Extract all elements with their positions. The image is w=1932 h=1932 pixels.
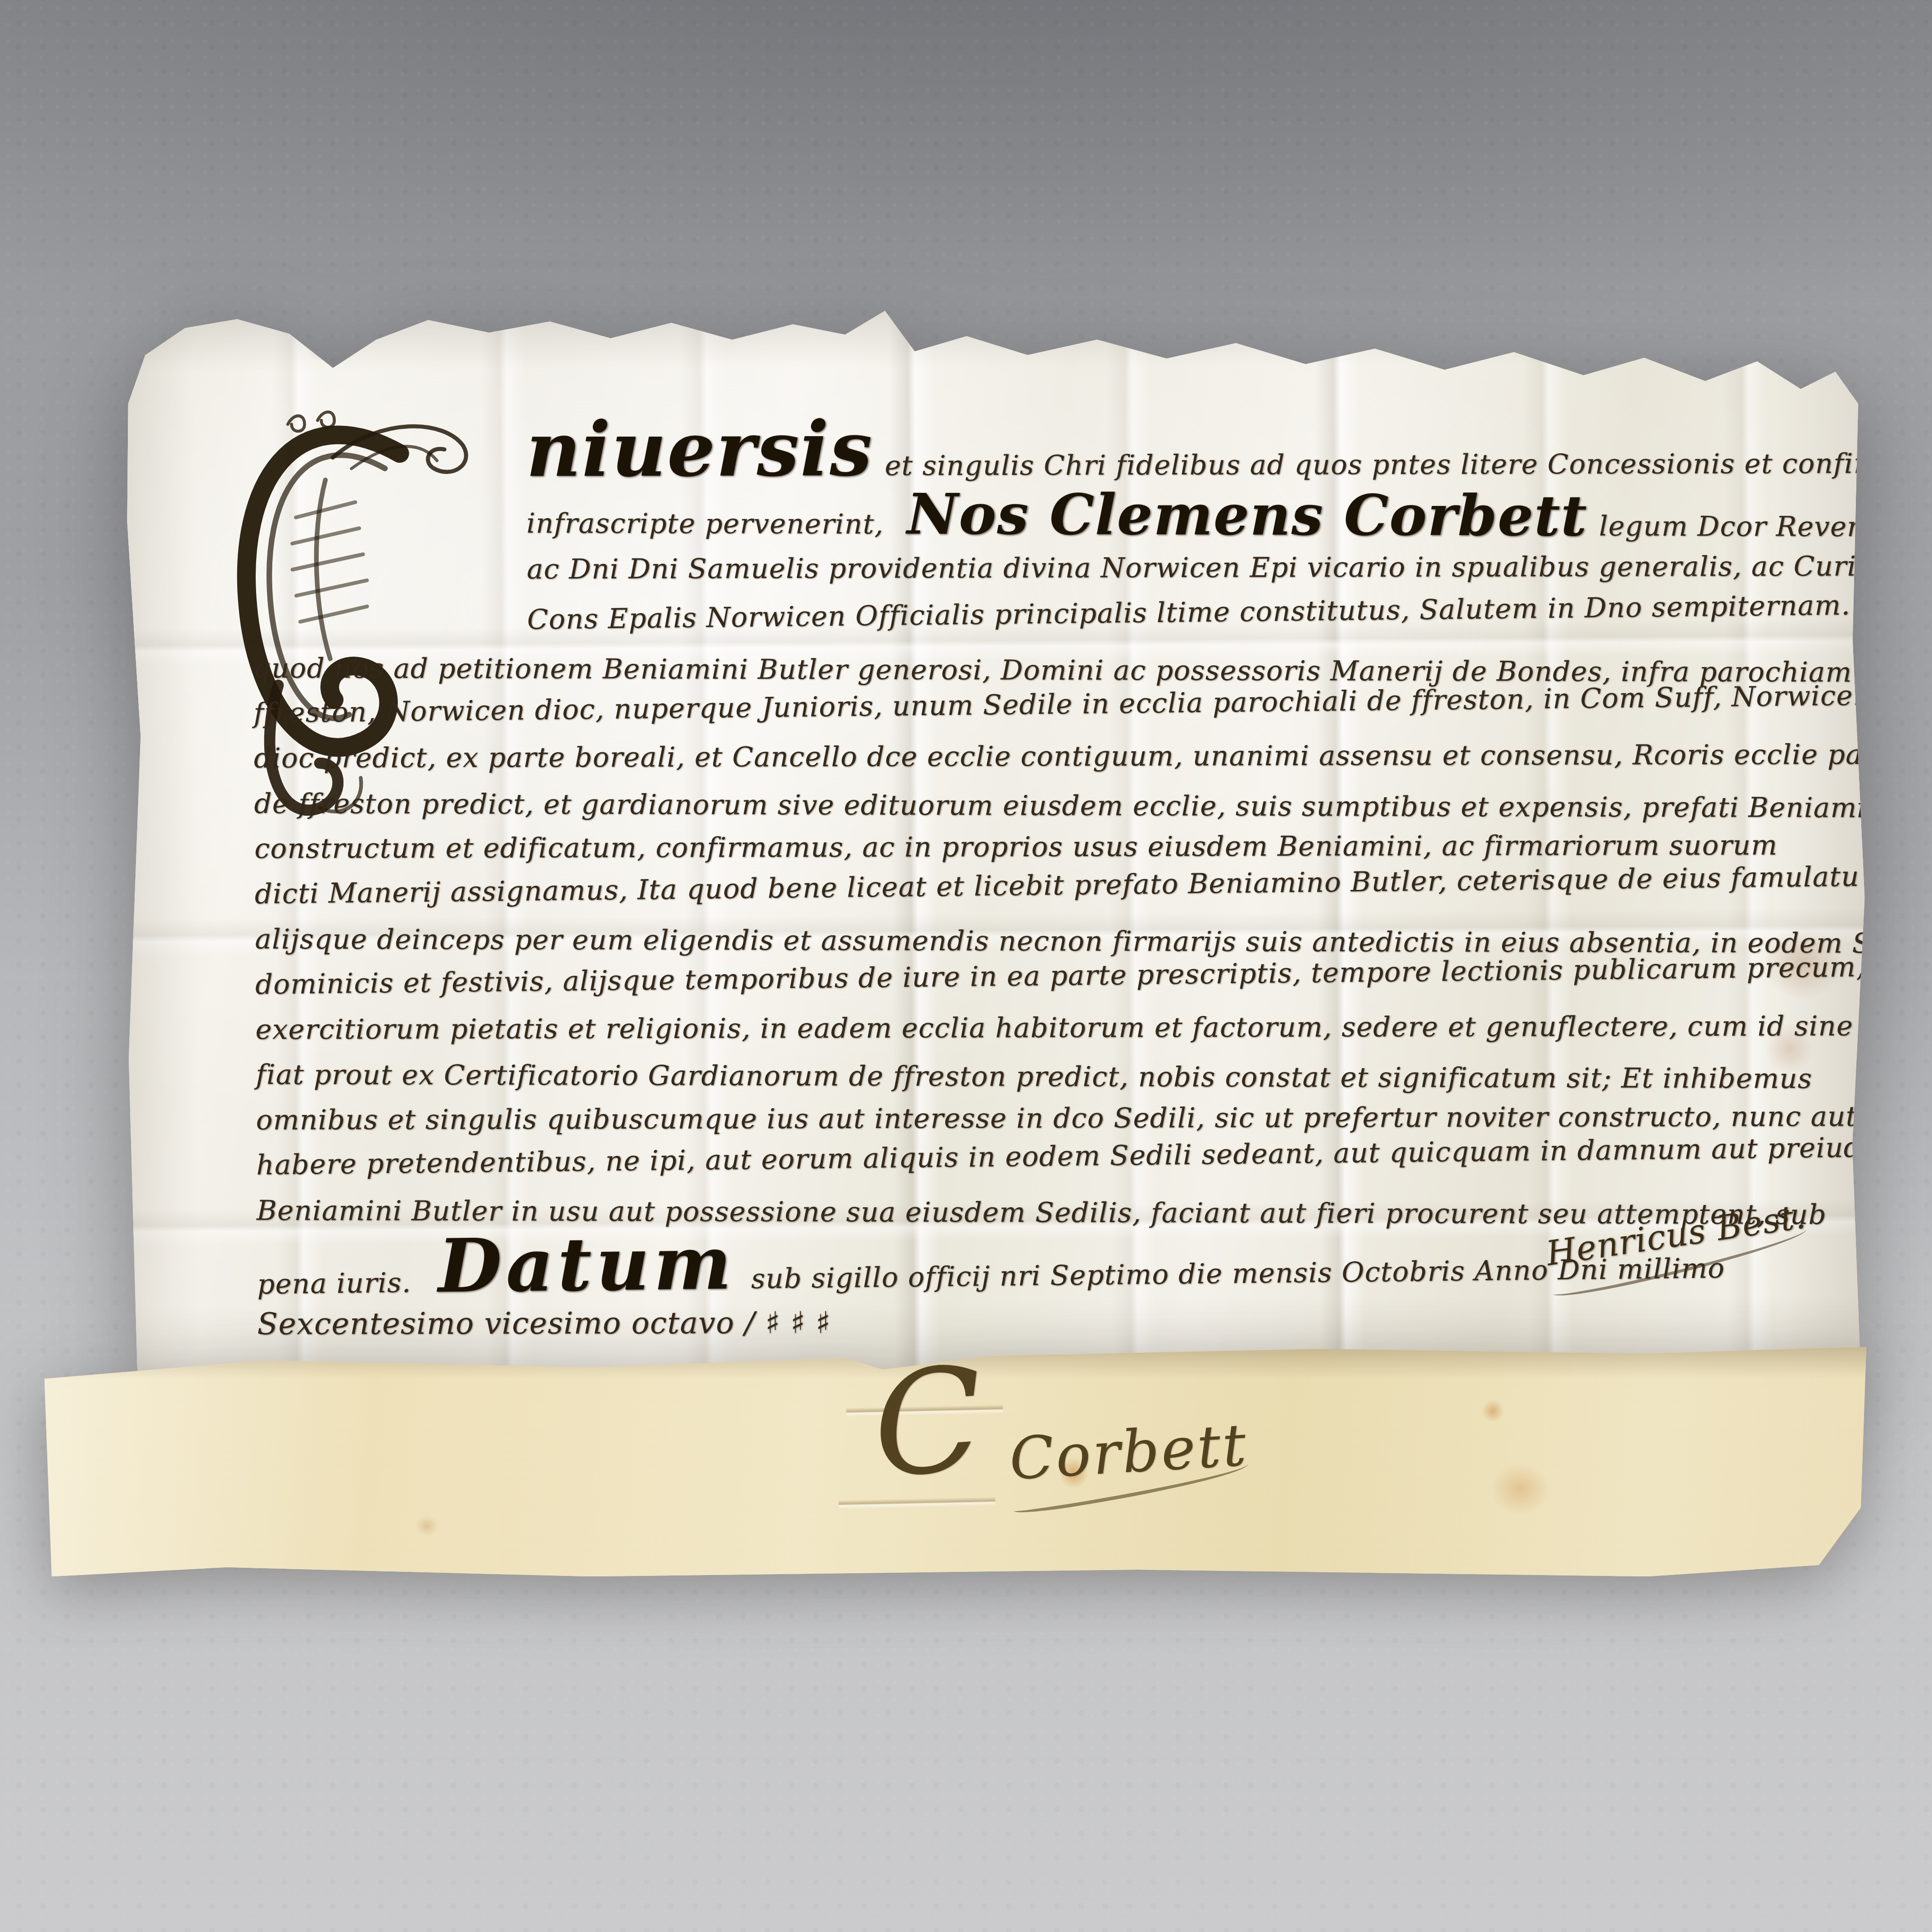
signature-initial: C bbox=[868, 1348, 988, 1498]
plica-signature: C Corbett bbox=[873, 1351, 1248, 1497]
plica-wrap: C Corbett bbox=[0, 0, 1932, 1932]
signature-surname: Corbett bbox=[1007, 1411, 1250, 1504]
photograph-of-vellum-deed: niuersiset singulis Chri fidelibus ad qu… bbox=[0, 0, 1932, 1932]
plica-fold-strip: C Corbett bbox=[45, 1347, 1866, 1577]
